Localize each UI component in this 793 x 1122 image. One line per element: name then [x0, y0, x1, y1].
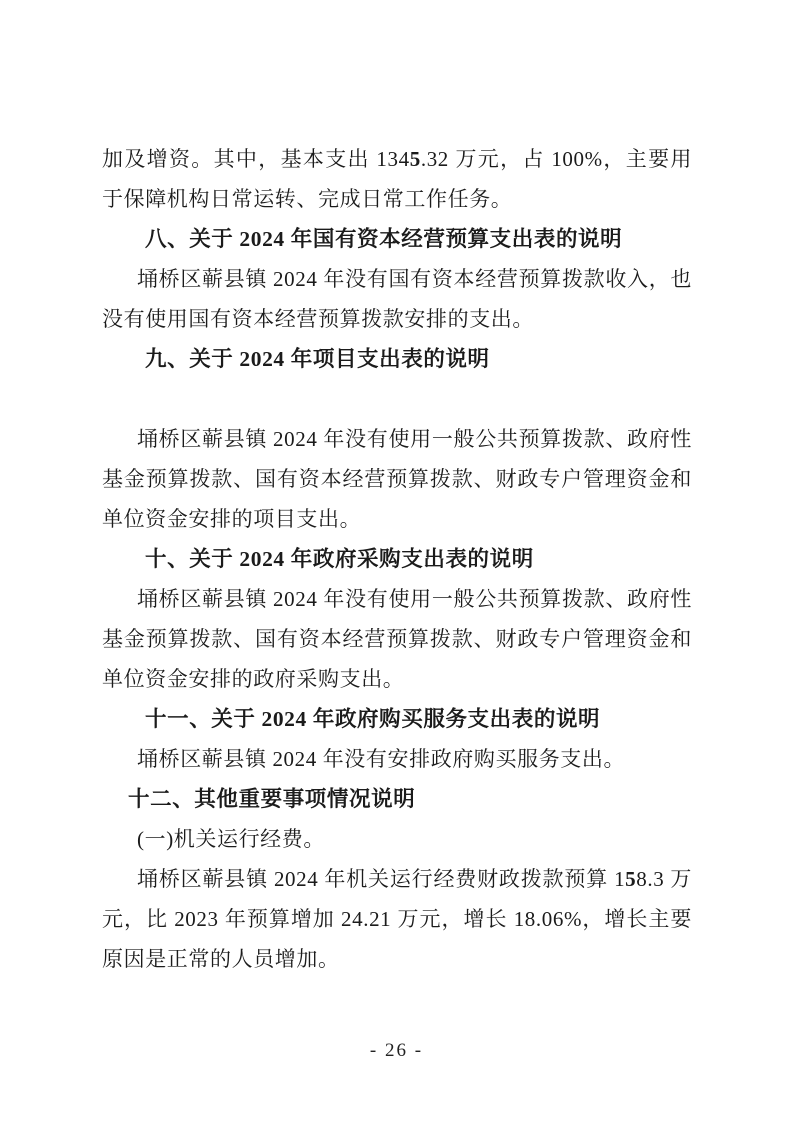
section-heading-9: 九、关于 2024 年项目支出表的说明 [102, 339, 692, 379]
page-number: - 26 - [0, 1040, 793, 1062]
section-heading-12: 十二、其他重要事项情况说明 [102, 779, 692, 819]
paragraph-continuation: 加及增资。其中，基本支出 1345.32 万元，占 100%，主要用于保障机构日… [102, 139, 692, 219]
paragraph-text: 埇桥区蕲县镇 2024 年机关运行经费财政拨款预算 1 [137, 867, 625, 891]
paragraph: 埇桥区蕲县镇 2024 年没有使用一般公共预算拨款、政府性基金预算拨款、国有资本… [102, 419, 692, 539]
section-heading-10: 十、关于 2024 年政府采购支出表的说明 [102, 539, 692, 579]
bold-digit: 5 [625, 867, 636, 891]
bold-digit: 5 [410, 147, 421, 171]
paragraph-text: 加及增资。其中，基本支出 134 [102, 147, 410, 171]
paragraph: 埇桥区蕲县镇 2024 年没有国有资本经营预算拨款收入，也没有使用国有资本经营预… [102, 259, 692, 339]
section-heading-11: 十一、关于 2024 年政府购买服务支出表的说明 [102, 699, 692, 739]
document-content: 加及增资。其中，基本支出 1345.32 万元，占 100%，主要用于保障机构日… [102, 139, 692, 979]
document-page: 加及增资。其中，基本支出 1345.32 万元，占 100%，主要用于保障机构日… [0, 0, 793, 1122]
paragraph: 埇桥区蕲县镇 2024 年机关运行经费财政拨款预算 158.3 万元，比 202… [102, 859, 692, 979]
blank-line [102, 379, 692, 419]
paragraph: 埇桥区蕲县镇 2024 年没有安排政府购买服务支出。 [102, 739, 692, 779]
paragraph: (一)机关运行经费。 [102, 819, 692, 859]
section-heading-8: 八、关于 2024 年国有资本经营预算支出表的说明 [102, 219, 692, 259]
paragraph: 埇桥区蕲县镇 2024 年没有使用一般公共预算拨款、政府性基金预算拨款、国有资本… [102, 579, 692, 699]
